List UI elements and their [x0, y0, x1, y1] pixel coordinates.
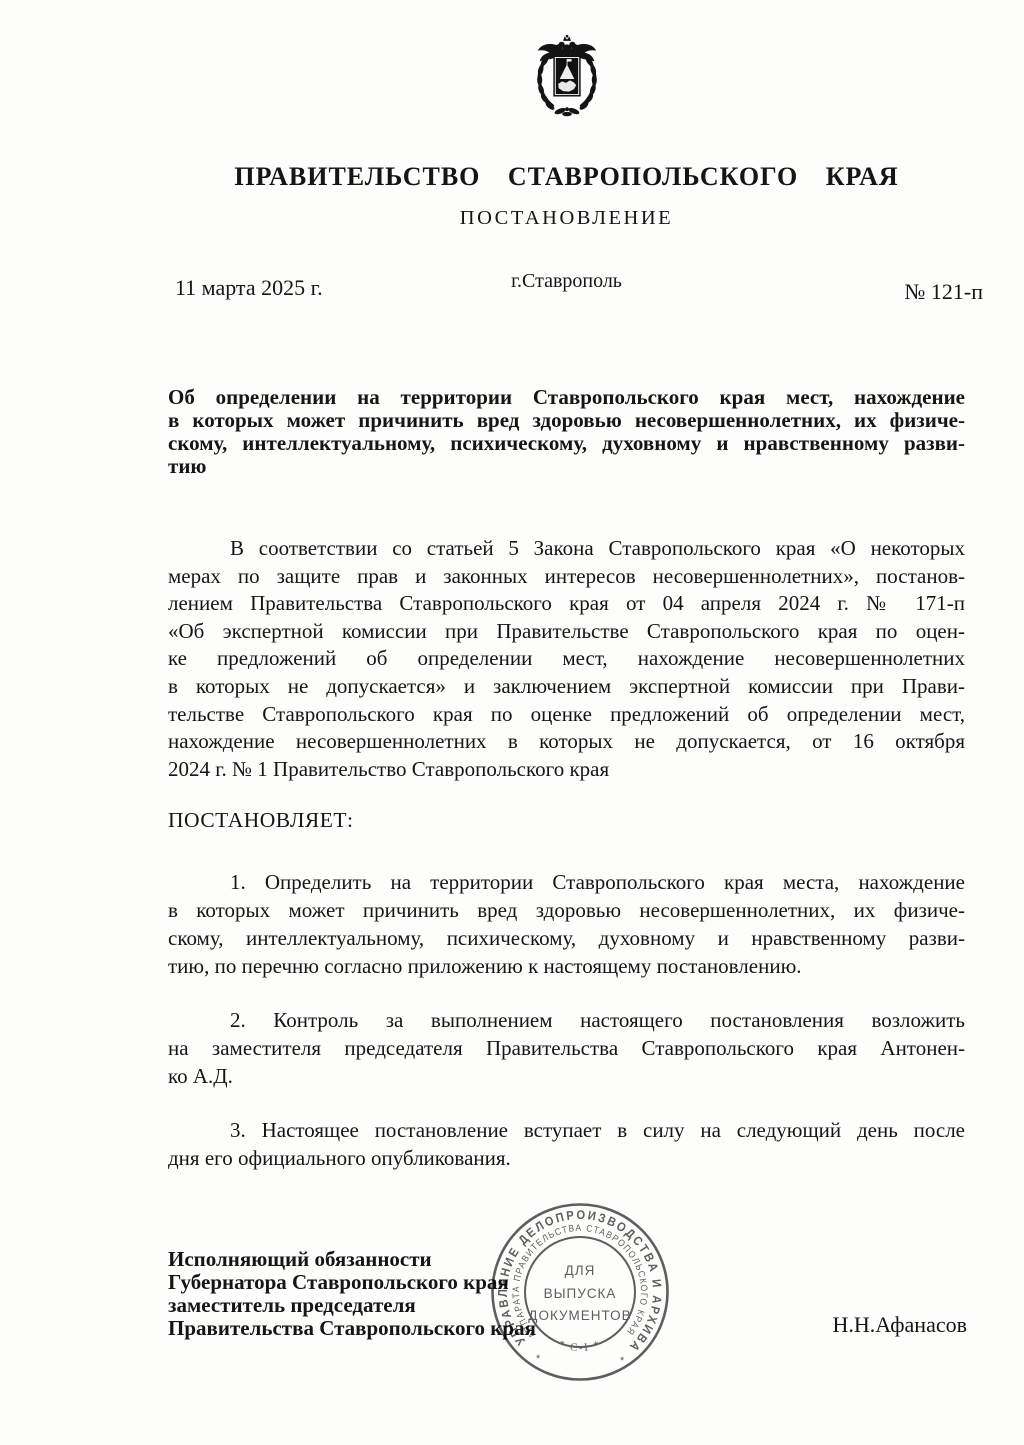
text-line: на заместителя председателя Правительств… — [168, 1034, 965, 1062]
text-line: тию, по перечню согласно приложению к на… — [168, 952, 965, 980]
text-line: дня его официального опубликования. — [168, 1144, 965, 1172]
resolution-item-2: 2. Контроль за выполнением настоящего по… — [168, 1006, 965, 1090]
resolution-item-3: 3. Настоящее постановление вступает в си… — [168, 1116, 965, 1172]
doc-type-title: ПОСТАНОВЛЕНИЕ — [168, 207, 965, 230]
text-line: «Об экспертной комиссии при Правительств… — [168, 618, 965, 646]
text-line: 1. Определить на территории Ставропольск… — [168, 868, 965, 896]
document-page: ПРАВИТЕЛЬСТВО СТАВРОПОЛЬСКОГО КРАЯ ПОСТА… — [0, 0, 1024, 1445]
text-line: скому, интеллектуальному, психическому, … — [168, 432, 965, 455]
stamp-star: * — [536, 1353, 541, 1365]
text-line: лением Правительства Ставропольского кра… — [168, 590, 965, 618]
text-line: ке предложений об определении мест, нахо… — [168, 645, 965, 673]
resolves-label: ПОСТАНОВЛЯЕТ: — [168, 808, 965, 833]
stamp-series-text: * С-I * — [557, 1338, 603, 1354]
text-line: нахождение несовершеннолетних в которых … — [168, 728, 965, 756]
text-line: тию — [168, 455, 965, 478]
text-line: мерах по защите прав и законных интересо… — [168, 563, 965, 591]
stamp-center-line-1: ДЛЯ — [565, 1263, 596, 1278]
text-line: В соответствии со статьей 5 Закона Ставр… — [168, 535, 965, 563]
doc-meta-row: 11 марта 2025 г. г.Ставрополь № 121-п — [168, 268, 965, 308]
text-line: 2. Контроль за выполнением настоящего по… — [168, 1006, 965, 1034]
doc-number: № 121-п — [904, 279, 983, 305]
stamp-center-line-3: ДОКУМЕНТОВ — [528, 1308, 631, 1323]
text-line: 2024 г. № 1 Правительство Ставропольског… — [168, 756, 965, 784]
doc-subject: Об определении на территории Ставропольс… — [168, 386, 965, 478]
emblem-block — [168, 34, 965, 125]
text-line: Об определении на территории Ставропольс… — [168, 386, 965, 409]
stamp-center-line-2: ВЫПУСКА — [544, 1286, 617, 1301]
official-round-stamp: УПРАВЛЕНИЕ ДЕЛОПРОИЗВОДСТВА И АРХИВА АПП… — [486, 1198, 674, 1386]
stamp-star: * — [620, 1355, 625, 1367]
doc-preamble: В соответствии со статьей 5 Закона Ставр… — [168, 535, 965, 783]
stavropol-krai-coat-of-arms-icon — [528, 34, 606, 120]
text-line: 3. Настоящее постановление вступает в си… — [168, 1116, 965, 1144]
text-line: в которых не допускается» и заключением … — [168, 673, 965, 701]
resolution-item-1: 1. Определить на территории Ставропольск… — [168, 868, 965, 980]
text-line: ко А.Д. — [168, 1062, 965, 1090]
org-title: ПРАВИТЕЛЬСТВО СТАВРОПОЛЬСКОГО КРАЯ — [168, 162, 965, 192]
doc-place: г.Ставрополь — [168, 270, 965, 293]
text-line: в которых может причинить вред здоровью … — [168, 896, 965, 924]
signature-name: Н.Н.Афанасов — [832, 1312, 967, 1338]
text-line: в которых может причинить вред здоровью … — [168, 409, 965, 432]
text-line: тельстве Ставропольского края по оценке … — [168, 701, 965, 729]
text-line: скому, интеллектуальному, психическому, … — [168, 924, 965, 952]
